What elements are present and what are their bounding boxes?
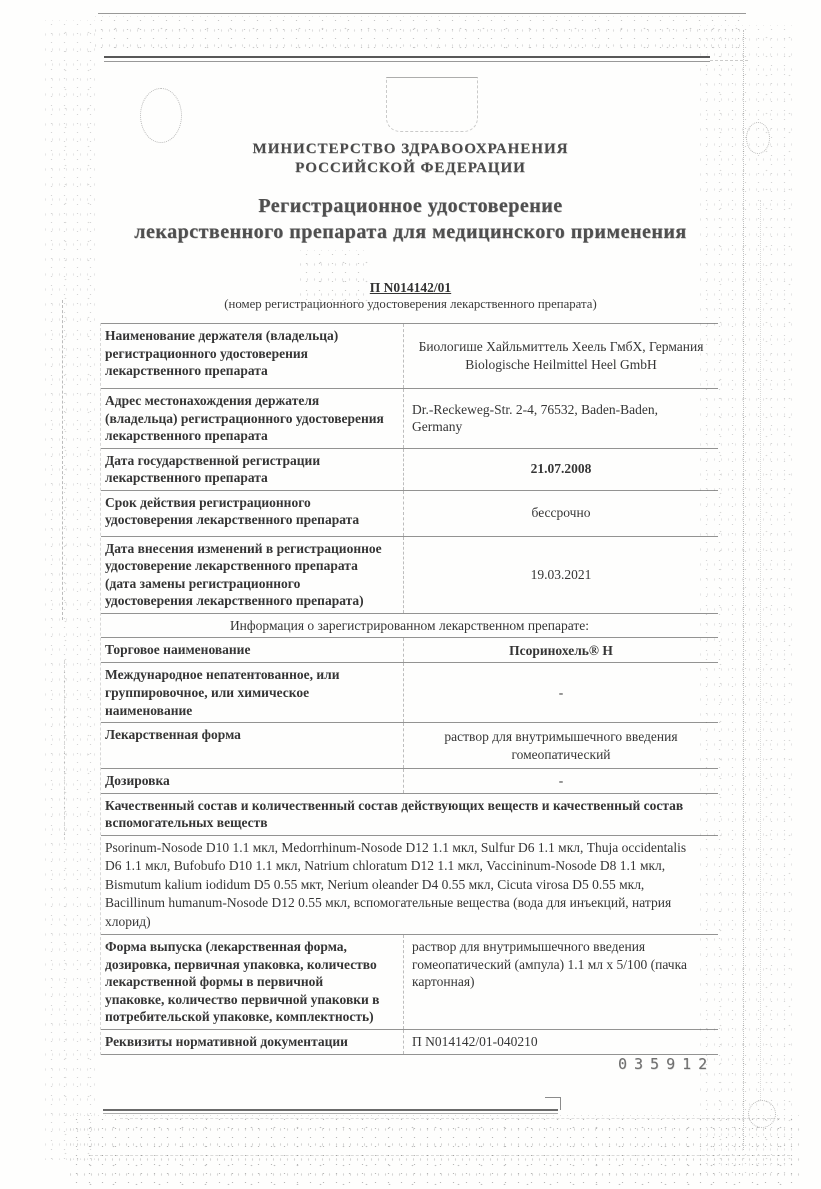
ministry-name: МИНИСТЕРСТВО ЗДРАВООХРАНЕНИЯ РОССИЙСКОЙ … bbox=[0, 140, 821, 178]
row-release-form-label: Форма выпуска (лекарственная форма, дози… bbox=[101, 935, 403, 1029]
row-dosage-label: Дозировка bbox=[101, 769, 403, 793]
row-normative-docs-value: П N014142/01-040210 bbox=[403, 1030, 718, 1054]
scanned-registration-certificate: МИНИСТЕРСТВО ЗДРАВООХРАНЕНИЯ РОССИЙСКОЙ … bbox=[0, 0, 821, 1189]
row-release-form: Форма выпуска (лекарственная форма, дози… bbox=[101, 934, 718, 1029]
row-normative-docs-label: Реквизиты нормативной документации bbox=[101, 1030, 403, 1054]
scan-artifact-right-line2 bbox=[760, 200, 761, 1100]
row-validity-term-label: Срок действия регистрационного удостовер… bbox=[101, 491, 403, 536]
row-holder-name-value: Биологише Хайльмиттель Хеель ГмбХ, Герма… bbox=[403, 324, 718, 388]
scan-artifact-circle-left bbox=[140, 88, 182, 143]
row-amendment-date: Дата внесения изменений в регистрационно… bbox=[101, 536, 718, 613]
row-holder-address: Адрес местонахождения держателя (владель… bbox=[101, 388, 718, 448]
registration-number-caption: (номер регистрационного удостоверения ле… bbox=[0, 297, 821, 312]
row-inn-name: Международное непатентованное, или групп… bbox=[101, 662, 718, 722]
row-amendment-date-value: 19.03.2021 bbox=[403, 537, 718, 613]
scan-noise-left-margin bbox=[45, 20, 95, 1160]
registration-number: П N014142/01 bbox=[0, 280, 821, 296]
row-holder-name: Наименование держателя (владельца) регис… bbox=[101, 323, 718, 388]
row-validity-term: Срок действия регистрационного удостовер… bbox=[101, 490, 718, 536]
row-normative-docs: Реквизиты нормативной документации П N01… bbox=[101, 1029, 718, 1055]
top-thin-rule bbox=[98, 13, 746, 14]
emblem-placeholder bbox=[386, 77, 478, 132]
registration-table: Наименование держателя (владельца) регис… bbox=[100, 323, 718, 1055]
composition-section-header: Качественный состав и количественный сос… bbox=[101, 793, 718, 835]
row-validity-term-value: бессрочно bbox=[403, 491, 718, 536]
row-amendment-date-label: Дата внесения изменений в регистрационно… bbox=[101, 537, 403, 613]
bottom-double-rule bbox=[103, 1109, 558, 1114]
row-registration-date-value: 21.07.2008 bbox=[403, 449, 718, 490]
row-inn-name-value: - bbox=[403, 663, 718, 722]
scan-artifact-circle-right-bottom bbox=[748, 1100, 776, 1128]
scan-noise-bottom bbox=[70, 1115, 800, 1185]
row-registration-date-label: Дата государственной регистрации лекарст… bbox=[101, 449, 403, 490]
row-dosage-value: - bbox=[403, 769, 718, 793]
row-dosage-form-label: Лекарственная форма bbox=[101, 723, 403, 768]
row-registration-date: Дата государственной регистрации лекарст… bbox=[101, 448, 718, 490]
composition-text: Psorinum-Nosode D10 1.1 мкл, Medorrhinum… bbox=[101, 835, 718, 935]
scan-artifact-left-line bbox=[62, 300, 63, 620]
row-holder-address-label: Адрес местонахождения держателя (владель… bbox=[101, 389, 403, 448]
bottom-dashed-rule bbox=[120, 1118, 780, 1119]
row-dosage: Дозировка - bbox=[101, 768, 718, 793]
row-holder-name-label: Наименование держателя (владельца) регис… bbox=[101, 324, 403, 388]
row-dosage-form-value: раствор для внутримышечного введения гом… bbox=[403, 723, 718, 768]
bottom-scatter-rule bbox=[90, 1155, 790, 1156]
row-trade-name-value: Псоринохель® Н bbox=[403, 638, 718, 662]
serial-number-stamp: 035912 bbox=[618, 1055, 714, 1073]
row-dosage-form: Лекарственная форма раствор для внутримы… bbox=[101, 722, 718, 768]
row-holder-address-value: Dr.-Reckeweg-Str. 2-4, 76532, Baden-Bade… bbox=[403, 389, 718, 448]
info-section-header: Информация о зарегистрированном лекарств… bbox=[101, 613, 718, 638]
top-rule-extension bbox=[710, 60, 748, 61]
scan-noise-top bbox=[95, 16, 745, 56]
row-release-form-value: раствор для внутримышечного введения гом… bbox=[403, 935, 718, 1029]
top-double-rule bbox=[104, 56, 710, 62]
row-trade-name: Торговое наименование Псоринохель® Н bbox=[101, 637, 718, 662]
row-inn-name-label: Международное непатентованное, или групп… bbox=[101, 663, 403, 722]
scan-artifact-left-line2 bbox=[64, 660, 65, 840]
document-title: Регистрационное удостоверение лекарствен… bbox=[0, 193, 821, 245]
row-trade-name-label: Торговое наименование bbox=[101, 638, 403, 662]
